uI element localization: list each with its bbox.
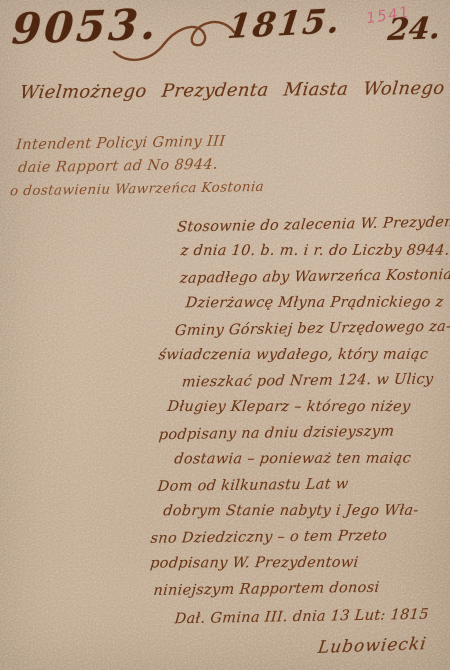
body-line: mieszkać pod Nrem 124. w Ulicy xyxy=(181,366,450,395)
body-line: podpisany na dniu dzisieyszym xyxy=(158,418,449,449)
body-line: świadczenia wydałego, który maiąc xyxy=(157,342,450,369)
signature: Lubowiecki xyxy=(317,634,428,658)
body-line: Dom od kilkunastu Lat w xyxy=(156,470,443,500)
body-line: Stosownie do zalecenia W. Prezydenta xyxy=(176,209,450,241)
body-line: niniejszym Rapportem donosi xyxy=(152,574,433,604)
report-body: Stosownie do zalecenia W. Prezydenta z d… xyxy=(127,211,450,631)
manuscript-page: 9053. 1815. 1541 24. Wielmożnego Prezyde… xyxy=(0,0,450,670)
body-line: Dzierżawcę Młyna Prądnickiego z xyxy=(184,289,450,316)
body-line: sno Dziedziczny – o tem Przeto xyxy=(149,522,438,552)
body-line: Długiey Kleparz – którego niżey xyxy=(166,394,450,420)
page-number: 24. xyxy=(386,11,442,48)
body-line: z dnia 10. b. m. i r. do Liczby 8944. xyxy=(179,238,450,265)
sender-note-block: Intendent Policyi Gminy III daie Rapport… xyxy=(11,130,277,204)
year-heading: 1815. xyxy=(226,1,344,46)
sender-note-line: o dostawieniu Wawrzeńca Kostonia xyxy=(9,176,273,204)
salutation-line: Wielmożnego Prezydenta Miasta Wolnego Kr… xyxy=(19,78,445,103)
body-line: dobrym Stanie nabyty i Jego Wła- xyxy=(162,498,441,524)
body-line: podpisany W. Prezydentowi xyxy=(149,550,436,577)
body-line: Gminy Górskiej bez Urzędowego za- xyxy=(174,314,450,344)
body-line: dostawia – ponieważ ten maiąc xyxy=(173,445,446,472)
body-line: Dał. Gmina III. dnia 13 Lut: 1815 xyxy=(174,602,431,632)
flourish-ornament xyxy=(112,14,238,66)
body-line: zapadłego aby Wawrzeńca Kostonia xyxy=(179,262,450,292)
